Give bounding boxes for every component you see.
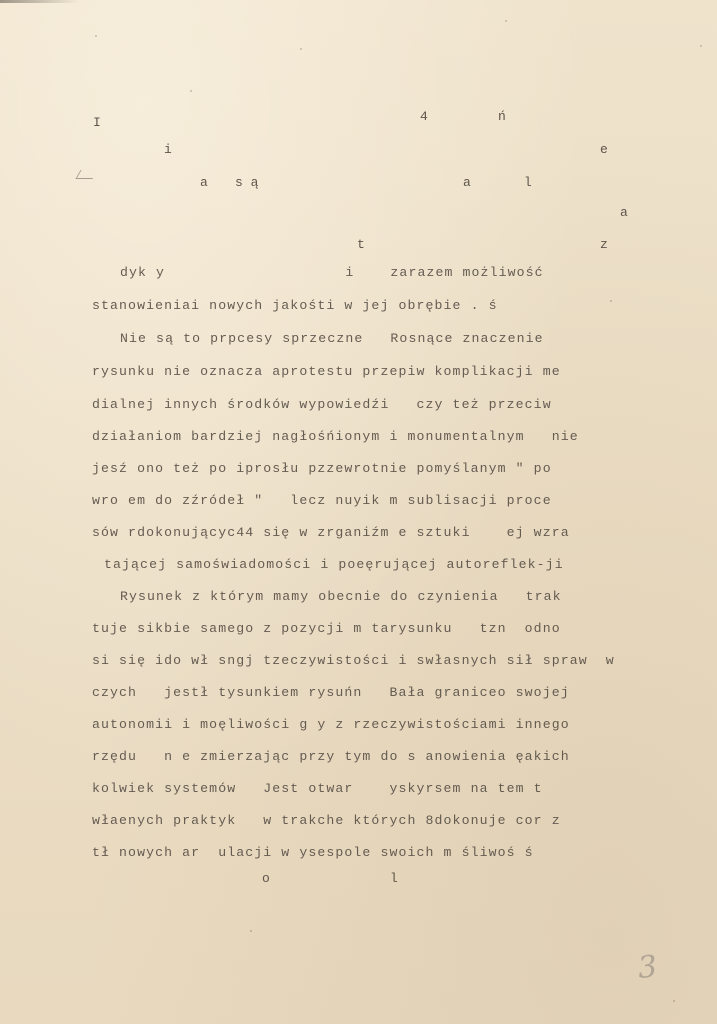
paper-crease-mark	[75, 170, 97, 179]
typed-fragment: i	[164, 143, 172, 156]
paper-speck	[505, 20, 507, 22]
text-line: tającej samoświadomości i poeęrującej au…	[104, 558, 564, 571]
handwritten-page-number: 3	[636, 949, 659, 986]
text-line: dyk y i zarazem możliwość	[120, 266, 544, 279]
typed-fragment: ń	[498, 110, 506, 123]
text-line: dialnej innych środków wypowiedźi czy te…	[92, 398, 552, 411]
typed-fragment: a	[620, 206, 628, 219]
text-line: stanowieniai nowych jakośti w jej obrębi…	[92, 299, 498, 312]
text-line: tuje sikbie samego z pozycji m tarysunku…	[92, 622, 561, 635]
text-line: Nie są to prpcesy sprzeczne Rosnące znac…	[120, 332, 544, 345]
typed-fragment: 4	[420, 110, 428, 123]
typed-fragment: o	[262, 872, 270, 885]
typed-fragment: a	[463, 176, 471, 189]
text-line: autonomii i moęliwości g y z rzeczywisto…	[92, 718, 570, 731]
text-line: tł nowych ar ulacji w ysespole swoich m …	[92, 846, 534, 859]
typed-fragment: l	[390, 872, 398, 885]
text-line: działaniom bardziej nagłośńionym i monum…	[92, 430, 579, 443]
text-line: jesź ono też po iprosłu pzzewrotnie pomy…	[92, 462, 552, 475]
text-line: czych jestł tysunkiem rysuńn Bała granic…	[92, 686, 570, 699]
paper-speck	[250, 930, 252, 932]
paper-speck	[190, 90, 192, 92]
paper-speck	[673, 1000, 675, 1002]
paper-speck	[700, 45, 702, 47]
text-line: sów rdokonującyc44 się w zrganiźm e sztu…	[92, 526, 570, 539]
typed-fragment: z	[600, 238, 608, 251]
text-line: właenych praktyk w trakche których 8doko…	[92, 814, 561, 827]
paper-speck	[610, 300, 612, 302]
document-page: I 4 ń i e a s ą a l a t z dyk y i zaraze…	[0, 0, 717, 1024]
typed-fragment: s ą	[235, 176, 258, 189]
typed-fragment: I	[93, 116, 101, 129]
text-line: kolwiek systemów Jest otwar yskyrsem na …	[92, 782, 543, 795]
paper-speck	[95, 35, 97, 37]
typed-fragment: e	[600, 143, 608, 156]
typed-fragment: a	[200, 176, 208, 189]
text-line: rzędu n e zmierzając przy tym do s anowi…	[92, 750, 570, 763]
text-line: rysunku nie oznacza aprotestu przepiw ko…	[92, 365, 561, 378]
text-line: si się ido wł sngj tzeczywistości i swła…	[92, 654, 615, 667]
paper-speck	[300, 48, 302, 50]
typed-fragment: l	[524, 176, 532, 189]
text-line: Rysunek z którym mamy obecnie do czynien…	[120, 590, 562, 603]
text-line: wro em do zźródeł " lecz nuyik m sublisa…	[92, 494, 552, 507]
typed-fragment: t	[357, 238, 365, 251]
paper-edge-stain	[0, 0, 80, 3]
